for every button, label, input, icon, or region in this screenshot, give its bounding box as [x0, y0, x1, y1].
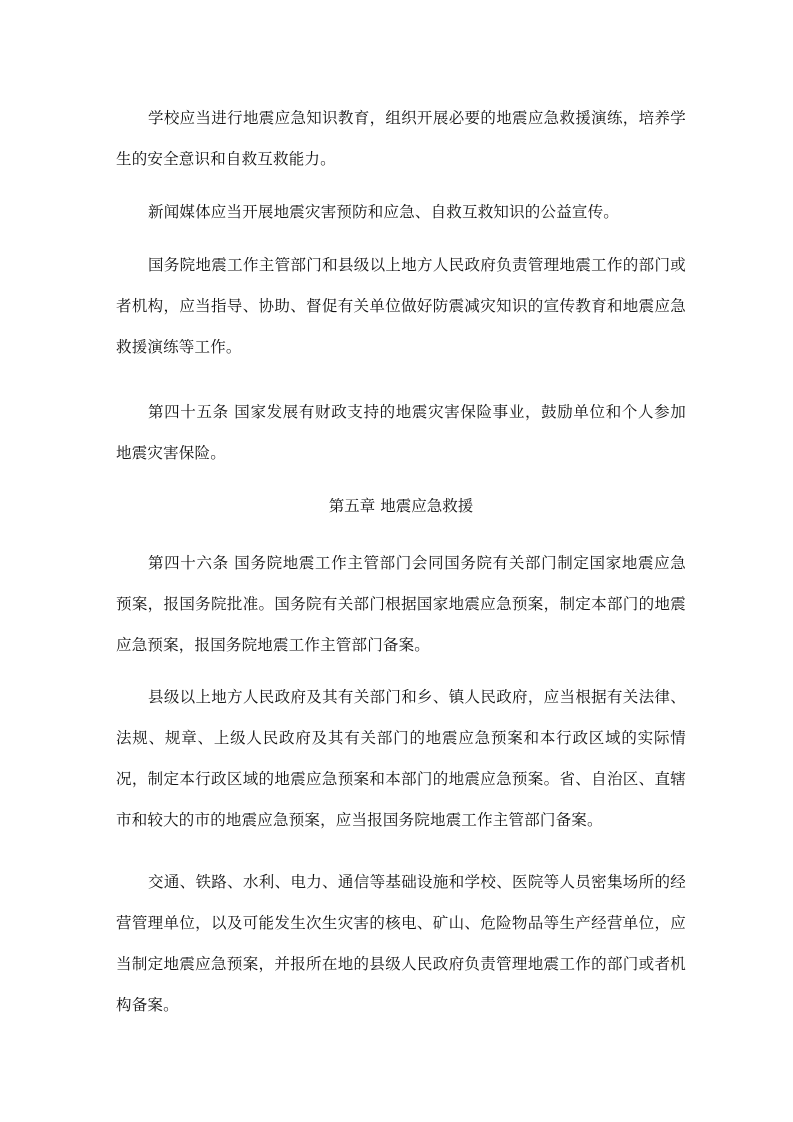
paragraph-local-government-plans: 县级以上地方人民政府及其有关部门和乡、镇人民政府，应当根据有关法律、法规、规章、…: [116, 677, 686, 841]
paragraph-news-media: 新闻媒体应当开展地震灾害预防和应急、自救互救知识的公益宣传。: [116, 192, 686, 233]
paragraph-state-council-guidance: 国务院地震工作主管部门和县级以上地方人民政府负责管理地震工作的部门或者机构，应当…: [116, 245, 686, 368]
paragraph-school-education: 学校应当进行地震应急知识教育，组织开展必要的地震应急救援演练，培养学生的安全意识…: [116, 98, 686, 180]
document-page: 学校应当进行地震应急知识教育，组织开展必要的地震应急救援演练，培养学生的安全意识…: [0, 0, 793, 1122]
paragraph-article-45: 第四十五条 国家发展有财政支持的地震灾害保险事业，鼓励单位和个人参加地震灾害保险…: [116, 392, 686, 474]
paragraph-article-46: 第四十六条 国务院地震工作主管部门会同国务院有关部门制定国家地震应急预案，报国务…: [116, 543, 686, 666]
paragraph-infrastructure-units: 交通、铁路、水利、电力、通信等基础设施和学校、医院等人员密集场所的经营管理单位，…: [116, 862, 686, 1026]
chapter-heading: 第五章 地震应急救援: [116, 486, 686, 527]
